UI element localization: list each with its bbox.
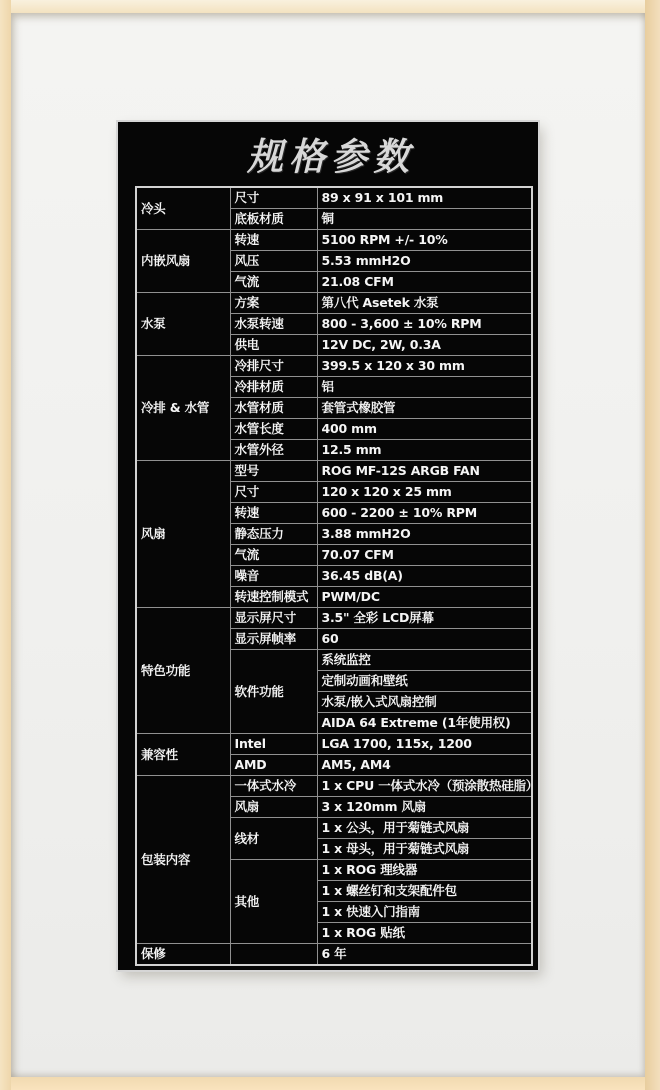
- spec-title-bar: 规格参数: [118, 122, 538, 186]
- spec-label-cell: [230, 944, 317, 966]
- spec-value-cell: 第八代 Asetek 水泵: [317, 293, 532, 314]
- spec-label-cell: 水管长度: [230, 419, 317, 440]
- spec-label-cell: 水管材质: [230, 398, 317, 419]
- spec-category-cell: 冷排 & 水管: [136, 356, 230, 461]
- spec-label-cell: 转速控制模式: [230, 587, 317, 608]
- spec-value-cell: 定制动画和壁纸: [317, 671, 532, 692]
- spec-value-cell: 铝: [317, 377, 532, 398]
- spec-value-cell: 12.5 mm: [317, 440, 532, 461]
- spec-value-cell: 6 年: [317, 944, 532, 966]
- wood-frame-right: [645, 0, 660, 1090]
- spec-value-cell: AIDA 64 Extreme (1年使用权): [317, 713, 532, 734]
- spec-category-cell: 特色功能: [136, 608, 230, 734]
- spec-label-cell: 方案: [230, 293, 317, 314]
- spec-value-cell: 3.88 mmH2O: [317, 524, 532, 545]
- spec-row: 兼容性IntelLGA 1700, 115x, 1200: [136, 734, 532, 755]
- spec-label-cell: 气流: [230, 545, 317, 566]
- spec-label-cell: Intel: [230, 734, 317, 755]
- spec-value-cell: ROG MF-12S ARGB FAN: [317, 461, 532, 482]
- spec-value-cell: 36.45 dB(A): [317, 566, 532, 587]
- spec-value-cell: 1 x 公头，用于菊链式风扇: [317, 818, 532, 839]
- spec-value-cell: 系统监控: [317, 650, 532, 671]
- spec-category-cell: 包装内容: [136, 776, 230, 944]
- spec-value-cell: 3 x 120mm 风扇: [317, 797, 532, 818]
- spec-label-cell: 底板材质: [230, 209, 317, 230]
- spec-value-cell: 70.07 CFM: [317, 545, 532, 566]
- spec-value-cell: 1 x CPU 一体式水冷（预涂散热硅脂）: [317, 776, 532, 797]
- spec-label-cell: 显示屏尺寸: [230, 608, 317, 629]
- spec-label-cell: 冷排材质: [230, 377, 317, 398]
- spec-value-cell: 600 - 2200 ± 10% RPM: [317, 503, 532, 524]
- spec-label-cell: 显示屏帧率: [230, 629, 317, 650]
- spec-value-cell: AM5, AM4: [317, 755, 532, 776]
- spec-category-cell: 冷头: [136, 187, 230, 230]
- spec-label-cell: 水管外径: [230, 440, 317, 461]
- spec-label-cell: 型号: [230, 461, 317, 482]
- spec-value-cell: 3.5" 全彩 LCD屏幕: [317, 608, 532, 629]
- spec-value-cell: 89 x 91 x 101 mm: [317, 187, 532, 209]
- spec-label-cell: 静态压力: [230, 524, 317, 545]
- spec-label-cell: 其他: [230, 860, 317, 944]
- spec-row: 保修6 年: [136, 944, 532, 966]
- spec-category-cell: 水泵: [136, 293, 230, 356]
- spec-value-cell: 800 - 3,600 ± 10% RPM: [317, 314, 532, 335]
- spec-category-cell: 保修: [136, 944, 230, 966]
- spec-value-cell: 21.08 CFM: [317, 272, 532, 293]
- spec-value-cell: 60: [317, 629, 532, 650]
- spec-value-cell: 5100 RPM +/- 10%: [317, 230, 532, 251]
- wood-frame-top: [0, 0, 660, 13]
- spec-panel: 规格参数 冷头尺寸89 x 91 x 101 mm底板材质铜内嵌风扇转速5100…: [118, 122, 538, 970]
- spec-row: 内嵌风扇转速5100 RPM +/- 10%: [136, 230, 532, 251]
- spec-row: 冷排 & 水管冷排尺寸399.5 x 120 x 30 mm: [136, 356, 532, 377]
- spec-value-cell: 1 x 母头，用于菊链式风扇: [317, 839, 532, 860]
- spec-value-cell: 水泵/嵌入式风扇控制: [317, 692, 532, 713]
- spec-label-cell: AMD: [230, 755, 317, 776]
- spec-label-cell: 一体式水冷: [230, 776, 317, 797]
- spec-value-cell: 399.5 x 120 x 30 mm: [317, 356, 532, 377]
- spec-category-cell: 风扇: [136, 461, 230, 608]
- spec-label-cell: 转速: [230, 503, 317, 524]
- spec-value-cell: 1 x 快速入门指南: [317, 902, 532, 923]
- spec-title: 规格参数: [241, 127, 415, 180]
- spec-value-cell: 12V DC, 2W, 0.3A: [317, 335, 532, 356]
- spec-table-body: 冷头尺寸89 x 91 x 101 mm底板材质铜内嵌风扇转速5100 RPM …: [136, 187, 532, 965]
- spec-label-cell: 尺寸: [230, 187, 317, 209]
- spec-label-cell: 水泵转速: [230, 314, 317, 335]
- spec-category-cell: 内嵌风扇: [136, 230, 230, 293]
- spec-label-cell: 供电: [230, 335, 317, 356]
- spec-row: 冷头尺寸89 x 91 x 101 mm: [136, 187, 532, 209]
- framed-spec-sheet: 规格参数 冷头尺寸89 x 91 x 101 mm底板材质铜内嵌风扇转速5100…: [0, 0, 660, 1090]
- spec-row: 特色功能显示屏尺寸3.5" 全彩 LCD屏幕: [136, 608, 532, 629]
- spec-value-cell: 套管式橡胶管: [317, 398, 532, 419]
- spec-label-cell: 风扇: [230, 797, 317, 818]
- wood-frame-bottom: [0, 1077, 660, 1090]
- spec-label-cell: 转速: [230, 230, 317, 251]
- spec-value-cell: 1 x ROG 贴纸: [317, 923, 532, 944]
- spec-label-cell: 尺寸: [230, 482, 317, 503]
- spec-category-cell: 兼容性: [136, 734, 230, 776]
- spec-row: 包装内容一体式水冷1 x CPU 一体式水冷（预涂散热硅脂）: [136, 776, 532, 797]
- spec-label-cell: 软件功能: [230, 650, 317, 734]
- spec-value-cell: 1 x ROG 理线器: [317, 860, 532, 881]
- spec-value-cell: 铜: [317, 209, 532, 230]
- spec-label-cell: 气流: [230, 272, 317, 293]
- spec-value-cell: 120 x 120 x 25 mm: [317, 482, 532, 503]
- spec-table: 冷头尺寸89 x 91 x 101 mm底板材质铜内嵌风扇转速5100 RPM …: [135, 186, 533, 966]
- spec-row: 风扇型号ROG MF-12S ARGB FAN: [136, 461, 532, 482]
- spec-label-cell: 噪音: [230, 566, 317, 587]
- spec-row: 水泵方案第八代 Asetek 水泵: [136, 293, 532, 314]
- spec-label-cell: 冷排尺寸: [230, 356, 317, 377]
- spec-value-cell: 400 mm: [317, 419, 532, 440]
- spec-label-cell: 风压: [230, 251, 317, 272]
- spec-value-cell: 5.53 mmH2O: [317, 251, 532, 272]
- spec-label-cell: 线材: [230, 818, 317, 860]
- spec-value-cell: LGA 1700, 115x, 1200: [317, 734, 532, 755]
- spec-value-cell: 1 x 螺丝钉和支架配件包: [317, 881, 532, 902]
- spec-value-cell: PWM/DC: [317, 587, 532, 608]
- wood-frame-left: [0, 0, 11, 1090]
